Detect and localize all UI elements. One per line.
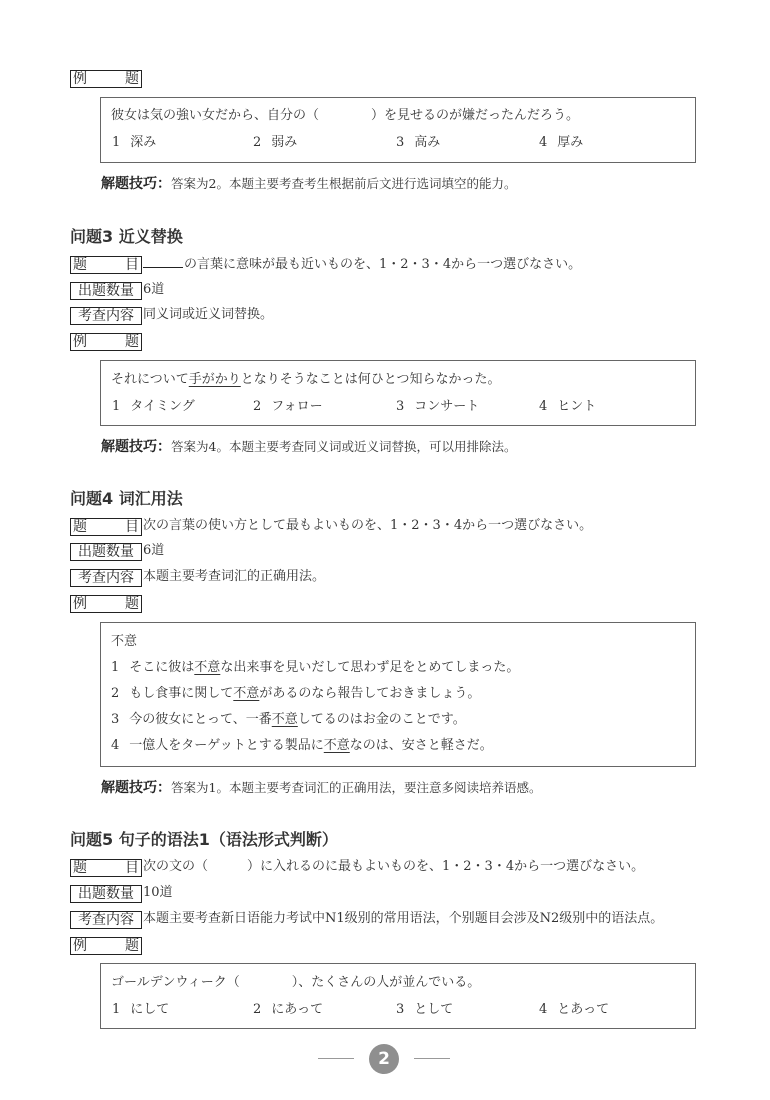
count-text: 6道 bbox=[143, 542, 164, 560]
section-heading: 问题5 句子的语法1（语法形式判断） bbox=[70, 827, 338, 850]
content-text: 本题主要考查词汇的正确用法。 bbox=[143, 568, 325, 586]
underlined-word: 手がかり bbox=[189, 372, 241, 387]
count-label: 出题数量 bbox=[70, 282, 142, 300]
example-sentence: それについて手がかりとなりそうなことは何ひとつ知らなかった。 bbox=[111, 371, 501, 389]
example-label: 例 题 bbox=[70, 70, 142, 88]
usage-option-4: 4一億人をターゲットとする製品に不意なのは、安さと軽さだ。 bbox=[111, 737, 493, 755]
content-label: 考查内容 bbox=[70, 911, 142, 929]
example-label: 例题 bbox=[70, 595, 142, 613]
tip-label: 解题技巧： bbox=[101, 176, 171, 192]
content-label: 考查内容 bbox=[70, 569, 142, 587]
topic-label: 题目 bbox=[70, 256, 142, 274]
topic-label: 题目 bbox=[70, 518, 142, 536]
content-text: 本题主要考查新日语能力考试中N1级别的常用语法，个别题目会涉及N2级别中的语法点… bbox=[143, 910, 663, 928]
section-heading: 问题3 近义替换 bbox=[70, 224, 183, 247]
option-4: 4とあって bbox=[539, 1001, 609, 1019]
option-1: 1タイミング bbox=[112, 398, 195, 416]
label-char: 题 bbox=[125, 71, 139, 87]
example-box: 不意 1そこに彼は不意な出来事を見いだして思わず足をとめてしまった。 2もし食事… bbox=[100, 622, 696, 767]
usage-option-3: 3今の彼女にとって、一番不意してるのはお金のことです。 bbox=[111, 711, 466, 729]
option-1: 1深み bbox=[112, 134, 156, 152]
blank-underline bbox=[143, 255, 183, 268]
content-label: 考查内容 bbox=[70, 307, 142, 325]
solution-tip: 解题技巧：答案为4。本题主要考查同义词或近义词替换，可以用排除法。 bbox=[101, 438, 516, 456]
label-char: 例 bbox=[73, 71, 87, 87]
option-2: 2にあって bbox=[253, 1001, 323, 1019]
count-label: 出题数量 bbox=[70, 885, 142, 903]
option-4: 4ヒント bbox=[539, 398, 596, 416]
usage-option-1: 1そこに彼は不意な出来事を見いだして思わず足をとめてしまった。 bbox=[111, 659, 519, 677]
option-2: 2フォロー bbox=[253, 398, 323, 416]
example-box: 彼女は気の強い女だから、自分の（ ）を見せるのが嫌だったんだろう。 1深み 2弱… bbox=[100, 97, 696, 163]
usage-option-2: 2もし食事に関して不意があるのなら報告しておきましょう。 bbox=[111, 685, 480, 703]
option-3: 3コンサート bbox=[396, 398, 479, 416]
example-box: ゴールデンウィーク（ ）、たくさんの人が並んでいる。 1にして 2にあって 3と… bbox=[100, 963, 696, 1029]
option-3: 3として bbox=[396, 1001, 453, 1019]
option-1: 1にして bbox=[112, 1001, 169, 1019]
option-2: 2弱み bbox=[253, 134, 297, 152]
solution-tip: 解题技巧：答案为1。本题主要考查词汇的正确用法，要注意多阅读培养语感。 bbox=[101, 779, 541, 797]
content-text: 同义词或近义词替换。 bbox=[143, 306, 273, 324]
example-label: 例题 bbox=[70, 937, 142, 955]
topic-text: 次の文の（ ）に入れるのに最もよいものを、1・2・3・4から一つ選びなさい。 bbox=[143, 858, 644, 876]
page-divider-left bbox=[318, 1058, 354, 1059]
tip-text: 答案为2。本题主要考查考生根据前后文进行选词填空的能力。 bbox=[171, 176, 516, 191]
solution-tip: 解题技巧：答案为2。本题主要考查考生根据前后文进行选词填空的能力。 bbox=[101, 175, 516, 193]
example-label: 例题 bbox=[70, 333, 142, 351]
page-divider-right bbox=[414, 1058, 450, 1059]
example-word: 不意 bbox=[111, 633, 137, 651]
topic-label: 题目 bbox=[70, 859, 142, 877]
option-4: 4厚み bbox=[539, 134, 583, 152]
page-number: 2 bbox=[369, 1044, 399, 1074]
topic-text: の言葉に意味が最も近いものを、1・2・3・4から一つ選びなさい。 bbox=[143, 255, 581, 274]
example-sentence: 彼女は気の強い女だから、自分の（ ）を見せるのが嫌だったんだろう。 bbox=[111, 107, 579, 125]
example-sentence: ゴールデンウィーク（ ）、たくさんの人が並んでいる。 bbox=[111, 974, 480, 992]
count-label: 出题数量 bbox=[70, 543, 142, 561]
section-heading: 问题4 词汇用法 bbox=[70, 486, 183, 509]
count-text: 6道 bbox=[143, 281, 164, 299]
example-box: それについて手がかりとなりそうなことは何ひとつ知らなかった。 1タイミング 2フ… bbox=[100, 360, 696, 426]
count-text: 10道 bbox=[143, 884, 173, 902]
option-3: 3高み bbox=[396, 134, 440, 152]
topic-text: 次の言葉の使い方として最もよいものを、1・2・3・4から一つ選びなさい。 bbox=[143, 517, 592, 535]
